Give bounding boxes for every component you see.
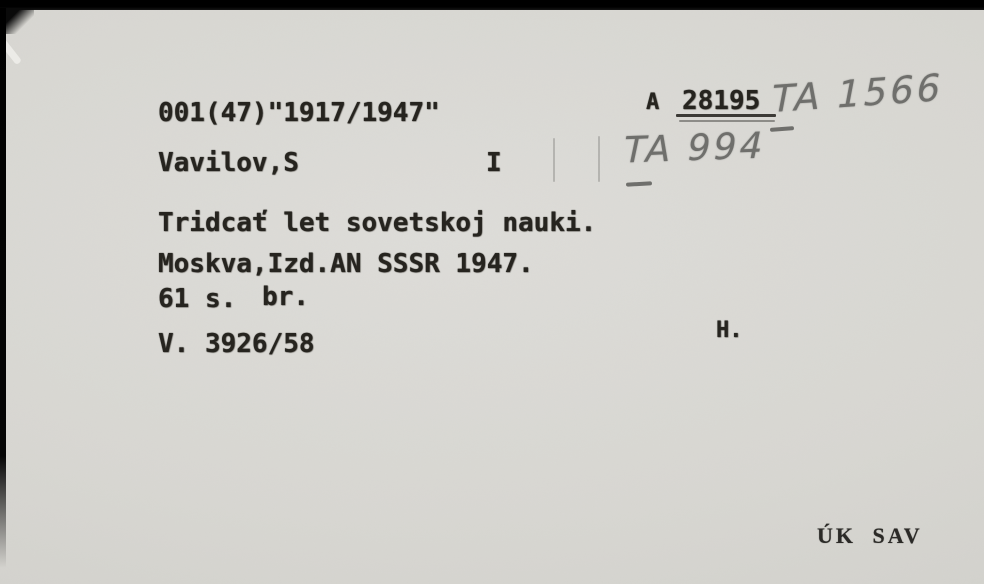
pencil-stroke-left bbox=[553, 138, 555, 182]
title-line: Tridcať let sovetskoj nauki. bbox=[158, 208, 596, 238]
volume-numeral: I bbox=[486, 148, 502, 178]
call-number-underline-light bbox=[679, 120, 775, 122]
author-name: Vavilov,S bbox=[158, 148, 299, 178]
call-number-letter: A bbox=[646, 90, 659, 115]
handwritten-middle-underline bbox=[626, 181, 652, 186]
card-paper: 001(47)"1917/1947" A 28195 TA 1566 Vavil… bbox=[0, 0, 984, 584]
handwritten-top-underline bbox=[770, 126, 794, 132]
extent-pages: 61 s. bbox=[158, 284, 236, 314]
classification-number: 001(47)"1917/1947" bbox=[158, 98, 440, 128]
call-number-underline-dark bbox=[676, 114, 776, 117]
handwritten-shelfmark-top: TA 1566 bbox=[772, 66, 943, 121]
accession-number: V. 3926/58 bbox=[158, 329, 315, 359]
scanned-catalog-card: 001(47)"1917/1947" A 28195 TA 1566 Vavil… bbox=[0, 0, 984, 584]
handwritten-shelfmark-middle: TA 994 bbox=[624, 126, 766, 172]
pencil-stroke-right bbox=[598, 136, 600, 182]
annotation-letter: H. bbox=[716, 318, 743, 343]
scan-edge-top bbox=[0, 0, 984, 10]
library-stamp: ÚK SAV bbox=[817, 523, 923, 549]
scan-edge-left bbox=[0, 8, 6, 568]
imprint-line: Moskva,Izd.AN SSSR 1947. bbox=[158, 249, 534, 279]
call-number-value: 28195 bbox=[682, 86, 760, 116]
binding-note: br. bbox=[262, 282, 309, 312]
